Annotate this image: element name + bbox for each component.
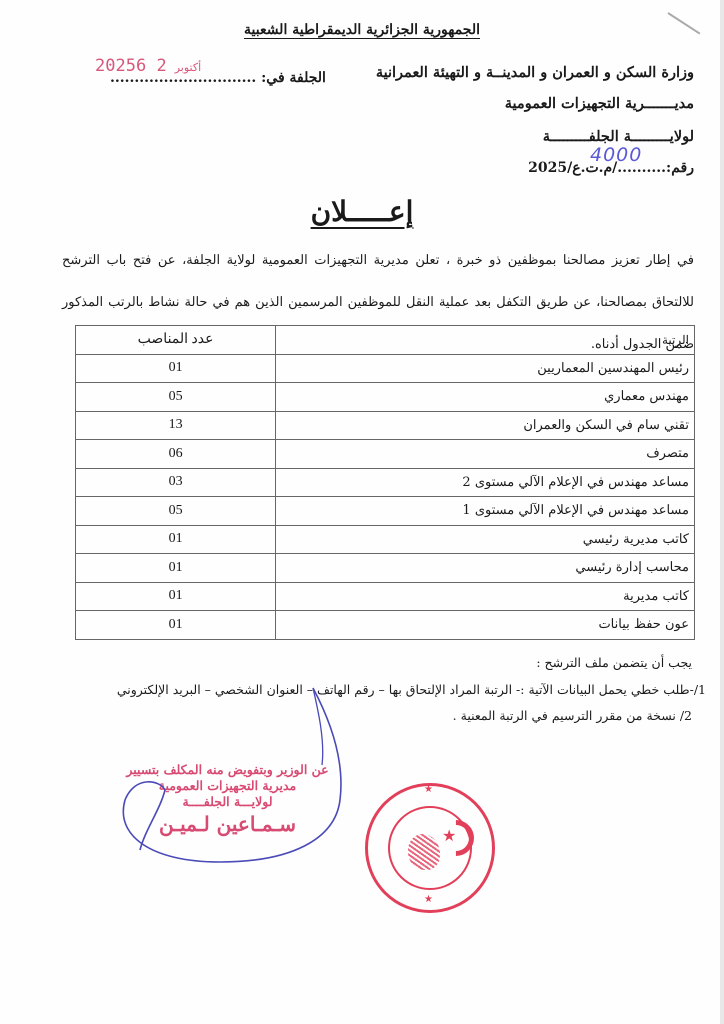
requirement-item: 1/-طلب خطي يحمل البيانات الآتية :- الرتب… bbox=[117, 682, 706, 697]
date-stamp-year: 2025 bbox=[95, 56, 136, 76]
ministry-name: وزارة السكن و العمران و المدينــة و الته… bbox=[376, 64, 694, 81]
date-stamp: 2025أكتوبر2 6 bbox=[95, 56, 209, 76]
republic-header: الجمهورية الجزائرية الديمقراطية الشعبية bbox=[0, 22, 724, 38]
page-edge bbox=[720, 0, 724, 1024]
rank-cell: محاسب إدارة رئيسي bbox=[276, 554, 695, 583]
place-label: الجلفة في: bbox=[261, 70, 326, 86]
table-row: مهندس معماري05 bbox=[76, 383, 695, 412]
seal-inner-ring: ★ bbox=[388, 806, 472, 890]
table-row: متصرف06 bbox=[76, 440, 695, 469]
signature-line: لولايـــة الجلفــــة bbox=[115, 794, 340, 810]
header-rank: الرتبة bbox=[276, 326, 695, 355]
count-cell: 01 bbox=[76, 554, 276, 583]
table-row: كاتب مديرية رئيسي01 bbox=[76, 525, 695, 554]
count-cell: 01 bbox=[76, 354, 276, 383]
table-row: تقني سام في السكن والعمران13 bbox=[76, 411, 695, 440]
date-stamp-day: 2 6 bbox=[136, 56, 167, 76]
table-row: رئيس المهندسين المعماريين01 bbox=[76, 354, 695, 383]
requirements-title: يجب أن يتضمن ملف الترشح : bbox=[536, 655, 692, 670]
table-row: كاتب مديرية01 bbox=[76, 582, 695, 611]
rank-cell: مساعد مهندس في الإعلام الآلي مستوى 1 bbox=[276, 497, 695, 526]
rank-cell: متصرف bbox=[276, 440, 695, 469]
directorate-name: مديـــــــرية التجهيزات العمومية bbox=[505, 95, 694, 112]
date-stamp-month: أكتوبر bbox=[175, 61, 201, 74]
rank-cell: كاتب مديرية رئيسي bbox=[276, 525, 695, 554]
signature-block: عن الوزير وبتفويض منه المكلف بتسيير مدير… bbox=[115, 762, 340, 832]
handwritten-reference-number: 4000 bbox=[590, 144, 642, 166]
table-row: مساعد مهندس في الإعلام الآلي مستوى 203 bbox=[76, 468, 695, 497]
seal-star-icon: ★ bbox=[424, 784, 433, 795]
wilaya-name: لولايـــــــــة الجلفـــــــــة bbox=[543, 128, 694, 145]
rank-cell: عون حفظ بيانات bbox=[276, 611, 695, 640]
table-row: محاسب إدارة رئيسي01 bbox=[76, 554, 695, 583]
count-cell: 05 bbox=[76, 383, 276, 412]
count-cell: 01 bbox=[76, 525, 276, 554]
rank-cell: مساعد مهندس في الإعلام الآلي مستوى 2 bbox=[276, 468, 695, 497]
seal-star-icon: ★ bbox=[424, 894, 433, 905]
count-cell: 03 bbox=[76, 468, 276, 497]
table-row: مساعد مهندس في الإعلام الآلي مستوى 105 bbox=[76, 497, 695, 526]
reference-prefix: رقم: bbox=[666, 160, 694, 176]
signature-line: مديرية التجهيزات العمومية bbox=[115, 778, 340, 794]
requirement-item: 2/ نسخة من مقرر الترسيم في الرتبة المعني… bbox=[453, 708, 692, 723]
signature-line: عن الوزير وبتفويض منه المكلف بتسيير bbox=[115, 762, 340, 778]
count-cell: 01 bbox=[76, 582, 276, 611]
rank-cell: رئيس المهندسين المعماريين bbox=[276, 354, 695, 383]
official-seal-icon: ★ ★ ★ bbox=[365, 783, 495, 913]
count-cell: 01 bbox=[76, 611, 276, 640]
announcement-title: إعـــــلان bbox=[0, 195, 724, 228]
rank-cell: تقني سام في السكن والعمران bbox=[276, 411, 695, 440]
count-cell: 13 bbox=[76, 411, 276, 440]
rank-cell: مهندس معماري bbox=[276, 383, 695, 412]
star-icon: ★ bbox=[442, 826, 456, 845]
table-row: عون حفظ بيانات01 bbox=[76, 611, 695, 640]
table-header-row: الرتبة عدد المناصب bbox=[76, 326, 695, 355]
count-cell: 05 bbox=[76, 497, 276, 526]
positions-table: الرتبة عدد المناصب رئيس المهندسين المعما… bbox=[75, 325, 695, 640]
rank-cell: كاتب مديرية bbox=[276, 582, 695, 611]
signatory-name: سـمـاعين لـميـن bbox=[115, 816, 340, 832]
count-cell: 06 bbox=[76, 440, 276, 469]
header-count: عدد المناصب bbox=[76, 326, 276, 355]
seal-emblem-icon bbox=[408, 834, 440, 870]
